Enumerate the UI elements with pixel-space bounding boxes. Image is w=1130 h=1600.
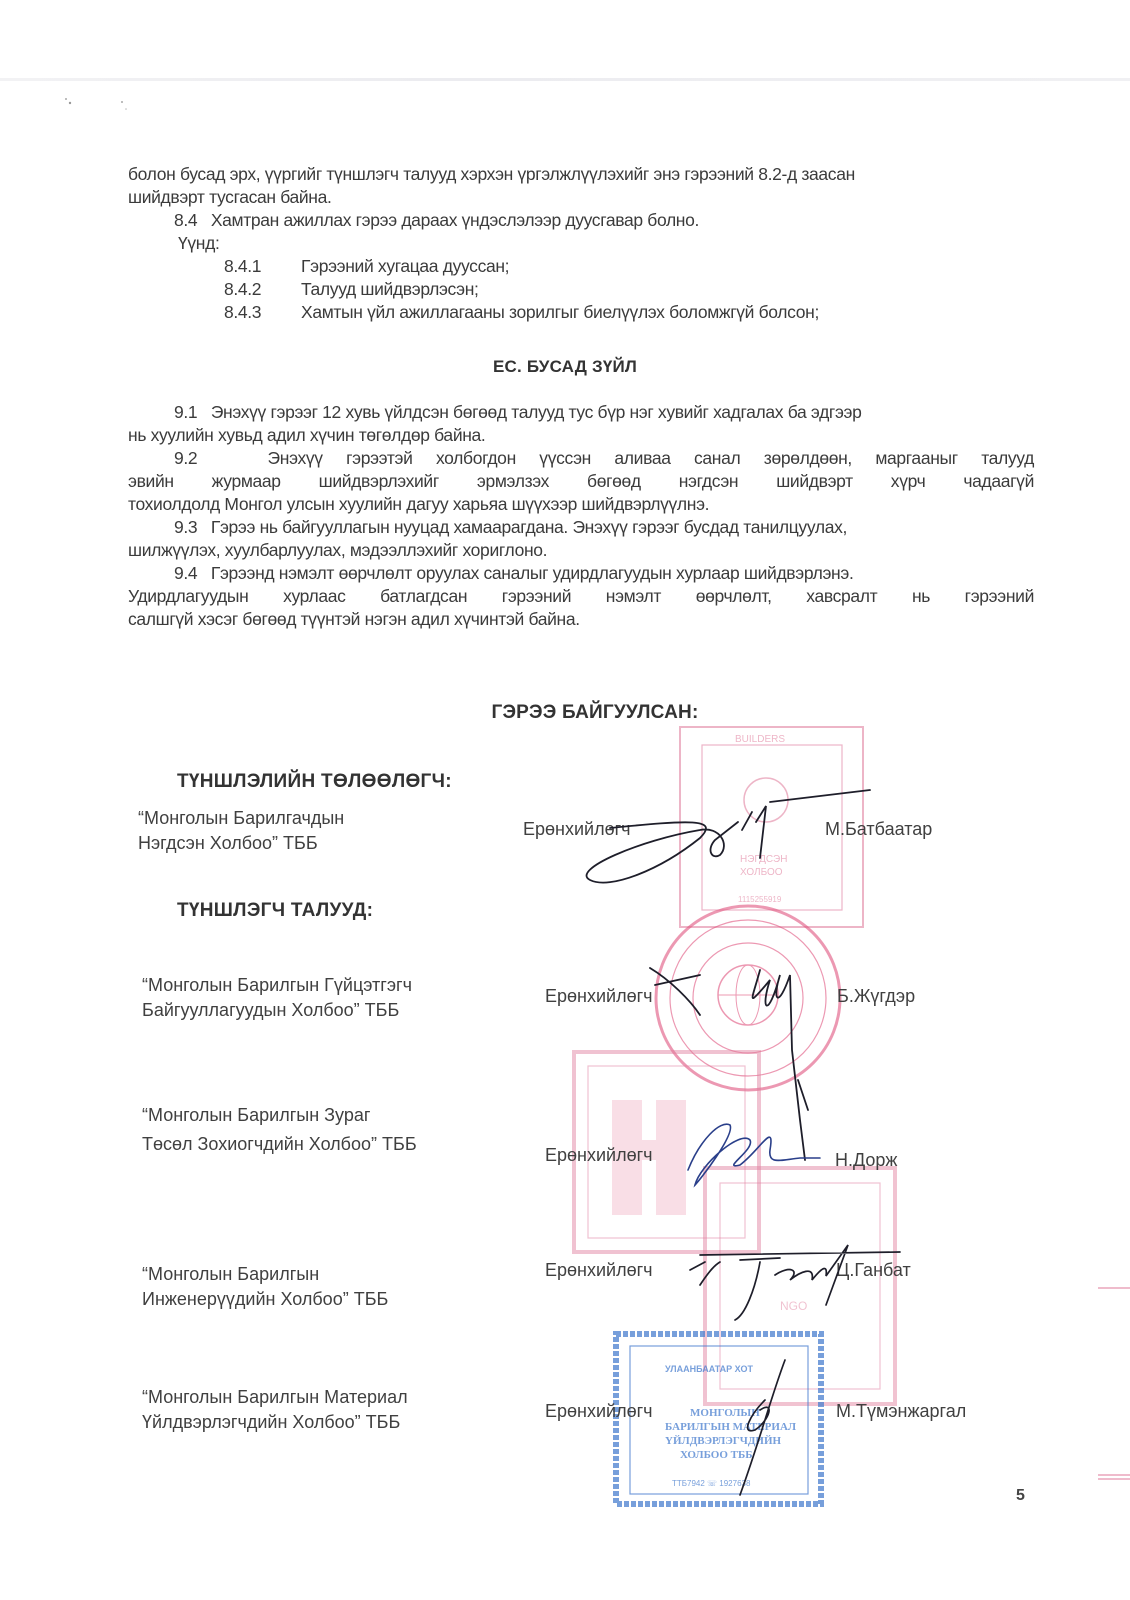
signer-name: Н.Дорж bbox=[835, 1150, 897, 1171]
paragraph-line: шийдвэрт тусгасан байна. bbox=[128, 186, 1034, 209]
signer-role: Ерөнхийлөгч bbox=[545, 1401, 653, 1422]
clause-number: 8.4 bbox=[174, 210, 197, 230]
clause-9-1-line: 9.1 Энэхүү гэрээг 12 хувь үйлдсэн бөгөөд… bbox=[128, 401, 1034, 424]
signer-role: Ерөнхийлөгч bbox=[545, 986, 653, 1007]
org-line: Байгууллагуудын Холбоо” ТББ bbox=[142, 998, 412, 1023]
contractors-association-stamp bbox=[656, 906, 840, 1090]
clause-9-2-line: тохиолдолд Монгол улсын хуулийн дагуу ха… bbox=[128, 493, 1034, 516]
clause-number: 9.4 bbox=[174, 563, 197, 583]
svg-text:ХОЛБОО: ХОЛБОО bbox=[740, 867, 783, 878]
signer-name: М.Түмэнжаргал bbox=[836, 1401, 966, 1422]
svg-text:УЛААНБААТАР ХОТ: УЛААНБААТАР ХОТ bbox=[665, 1364, 753, 1374]
signer-org: “Монголын Барилгачдын Нэгдсэн Холбоо” ТБ… bbox=[138, 806, 344, 856]
svg-text:1115255919: 1115255919 bbox=[738, 895, 782, 904]
clause-8-4: 8.4 Хамтран ажиллах гэрээ дараах үндэслэ… bbox=[128, 209, 1034, 232]
svg-text:ТТБ7942 ☏ 1927638: ТТБ7942 ☏ 1927638 bbox=[672, 1479, 751, 1488]
clause-text: Энэхүү гэрээг 12 хувь үйлдсэн бөгөөд тал… bbox=[211, 402, 862, 422]
clause-text: Гэрээ нь байгууллагын нууцад хамаарагдан… bbox=[211, 517, 847, 537]
item-text: Талууд шийдвэрлэсэн; bbox=[301, 278, 479, 301]
clause-9-2-line: 9.2 Энэхүү гэрээтэй холбогдон үүссэн али… bbox=[128, 447, 1034, 470]
signature-dorj bbox=[688, 1124, 820, 1185]
clause-number: 9.1 bbox=[174, 402, 197, 422]
clause-text: Энэхүү гэрээтэй холбогдон үүссэн аливаа … bbox=[268, 448, 1034, 468]
org-line: “Монголын Барилгын Зураг bbox=[142, 1101, 417, 1130]
signer-role: Ерөнхийлөгч bbox=[523, 819, 631, 840]
clause-9-1-line: нь хуулийн хувьд адил хүчин төгөлдөр бай… bbox=[128, 424, 1034, 447]
signature-jugder bbox=[650, 968, 808, 1160]
org-line: Инженерүүдийн Холбоо” ТББ bbox=[142, 1287, 388, 1312]
list-item: 8.4.3 Хамтын үйл ажиллагааны зорилгыг би… bbox=[128, 301, 1034, 324]
org-line: “Монголын Барилгын bbox=[142, 1262, 388, 1287]
representative-heading: ТҮНШЛЭЛИЙН ТӨЛӨӨЛӨГЧ: bbox=[177, 771, 452, 793]
org-line: Нэгдсэн Холбоо” ТББ bbox=[138, 831, 344, 856]
signer-name: Ц.Ганбат bbox=[836, 1260, 911, 1281]
svg-text:БАРИЛГЫН МАТЕРИАЛ: БАРИЛГЫН МАТЕРИАЛ bbox=[665, 1421, 797, 1433]
signer-org: “Монголын Барилгын Зураг Төсөл Зохиогчди… bbox=[142, 1101, 417, 1159]
svg-text:BUILDERS: BUILDERS bbox=[735, 734, 785, 745]
signer-name: М.Батбаатар bbox=[825, 819, 932, 840]
scan-specks bbox=[60, 95, 140, 115]
org-line: Төсөл Зохиогчдийн Холбоо” ТББ bbox=[142, 1130, 417, 1159]
signer-org: “Монголын Барилгын Гүйцэтгэгч Байгууллаг… bbox=[142, 973, 412, 1023]
list-item: 8.4.2 Талууд шийдвэрлэсэн; bbox=[128, 278, 1034, 301]
signer-role: Ерөнхийлөгч bbox=[545, 1260, 653, 1281]
signer-org: “Монголын Барилгын Материал Үйлдвэрлэгчд… bbox=[142, 1385, 408, 1435]
partners-heading: ТҮНШЛЭГЧ ТАЛУУД: bbox=[177, 900, 373, 922]
page-number: 5 bbox=[1016, 1487, 1025, 1505]
item-number: 8.4.2 bbox=[224, 278, 301, 301]
org-line: “Монголын Барилгын Гүйцэтгэгч bbox=[142, 973, 412, 998]
svg-text:ҮЙЛДВЭРЛЭГЧДИЙН: ҮЙЛДВЭРЛЭГЧДИЙН bbox=[665, 1435, 782, 1447]
clause-9-4-line: Удирдлагуудын хурлаас батлагдсан гэрээни… bbox=[128, 585, 1034, 608]
org-line: “Монголын Барилгын Материал bbox=[142, 1385, 408, 1410]
item-text: Хамтын үйл ажиллагааны зорилгыг биелүүлэ… bbox=[301, 301, 819, 324]
signatures-title: ГЭРЭЭ БАЙГУУЛСАН: bbox=[0, 702, 1130, 724]
signer-name: Б.Жүгдэр bbox=[837, 986, 915, 1007]
engineers-association-stamp: NGO bbox=[705, 1168, 895, 1404]
clause-9-2-line: эвийн журмаар шийдвэрлэхийг эрмэлзэх бөг… bbox=[128, 470, 1034, 493]
clause-text: Хамтран ажиллах гэрээ дараах үндэслэлээр… bbox=[211, 210, 699, 230]
section-9-body: 9.1 Энэхүү гэрээг 12 хувь үйлдсэн бөгөөд… bbox=[128, 401, 1034, 631]
scan-edge bbox=[0, 78, 1130, 81]
clause-9-3-line: шилжүүлэх, хуулбарлуулах, мэдээллэхийг х… bbox=[128, 539, 1034, 562]
clause-9-3-line: 9.3 Гэрээ нь байгууллагын нууцад хамаара… bbox=[128, 516, 1034, 539]
clause-8-section: болон бусад эрх, үүргийг түншлэгч талууд… bbox=[128, 163, 1034, 324]
signature-ganbat bbox=[690, 1245, 900, 1320]
list-item: 8.4.1 Гэрээний хугацаа дууссан; bbox=[128, 255, 1034, 278]
org-line: “Монголын Барилгачдын bbox=[138, 806, 344, 831]
svg-text:NGO: NGO bbox=[780, 1299, 807, 1313]
clause-number: 9.2 bbox=[174, 448, 197, 468]
section-9-title: ЕС. БУСАД ЗҮЙЛ bbox=[0, 357, 1130, 377]
clause-9-4-line: салшгүй хэсэг бөгөөд түүнтэй нэгэн адил … bbox=[128, 608, 1034, 631]
paragraph-line: болон бусад эрх, үүргийг түншлэгч талууд… bbox=[128, 163, 1034, 186]
clause-9-4-line: 9.4 Гэрээнд нэмэлт өөрчлөлт оруулах сана… bbox=[128, 562, 1034, 585]
svg-text:МОНГОЛЫН: МОНГОЛЫН bbox=[690, 1407, 760, 1419]
signature-tumenjargal bbox=[740, 1360, 785, 1495]
clause-intro: Үүнд: bbox=[128, 232, 1034, 255]
item-number: 8.4.3 bbox=[224, 301, 301, 324]
clause-number: 9.3 bbox=[174, 517, 197, 537]
edge-stamp-fragment bbox=[1098, 1288, 1130, 1479]
signer-org: “Монголын Барилгын Инженерүүдийн Холбоо”… bbox=[142, 1262, 388, 1312]
item-number: 8.4.1 bbox=[224, 255, 301, 278]
svg-text:ХОЛБОО ТББ: ХОЛБОО ТББ bbox=[680, 1449, 753, 1461]
svg-text:НЭГДСЭН: НЭГДСЭН bbox=[740, 854, 787, 865]
item-text: Гэрээний хугацаа дууссан; bbox=[301, 255, 509, 278]
signer-role: Ерөнхийлөгч bbox=[545, 1145, 653, 1166]
org-line: Үйлдвэрлэгчдийн Холбоо” ТББ bbox=[142, 1410, 408, 1435]
clause-text: Гэрээнд нэмэлт өөрчлөлт оруулах саналыг … bbox=[211, 563, 854, 583]
